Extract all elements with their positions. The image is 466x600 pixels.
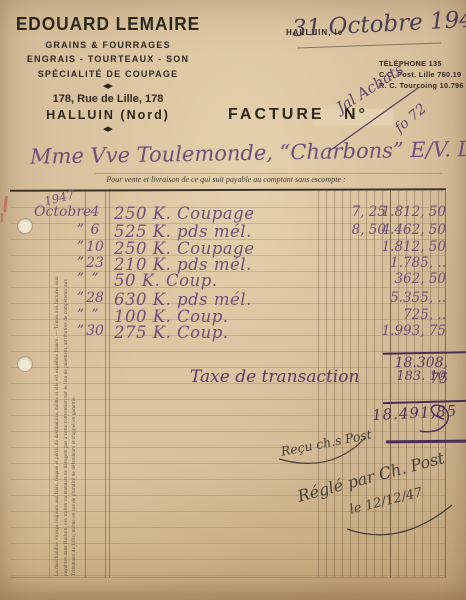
company-activity-3: SPÉCIALITÉ DE COUPAGE — [10, 69, 206, 79]
ledger-row: ” 30 275 K. Coup. 1.993, 75 — [0, 323, 466, 343]
company-name: EDOUARD LEMAIRE — [14, 14, 202, 35]
diamond-ornament-icon: ◆ — [0, 125, 294, 133]
company-city: HALLUIN (Nord) — [10, 108, 206, 122]
ledger-desc: 250 K. Coupage — [114, 204, 254, 223]
ledger-month: Octobre — [34, 204, 84, 220]
folio-annotation: fo 72 — [392, 101, 430, 136]
ledger-amount: 1.785, .. — [378, 255, 446, 271]
ledger-month: ” — [34, 271, 84, 287]
ledger-row: ” ” 50 K. Coup. 362, 50 — [0, 271, 466, 291]
diamond-ornament-icon: ◆ — [0, 82, 294, 90]
ledger-day: 6 — [84, 222, 106, 238]
customer-name: Mme Vve Toulemonde, “Charbons” E/V. Doi — [30, 137, 460, 169]
ledger-unit-price: 8, 50 — [326, 222, 386, 238]
ledger-month: ” — [34, 290, 84, 306]
tax-label: Taxe de transaction — [190, 367, 359, 387]
ledger-desc: 275 K. Coup. — [114, 323, 229, 342]
date-rule-line — [297, 42, 441, 48]
company-activity-2: ENGRAIS - TOURTEAUX - SON — [10, 54, 206, 64]
ledger-amount: 362, 50 — [378, 271, 446, 287]
ledger-month: ” — [34, 239, 84, 255]
total-rule-bottom — [386, 440, 466, 443]
ledger-day: 23 — [84, 255, 106, 271]
ledger-unit-price: 7, 25 — [326, 204, 386, 220]
ledger-day: 28 — [84, 290, 106, 306]
ledger-day: 4 — [84, 204, 106, 220]
ledger-month: ” — [34, 222, 84, 238]
ledger-day: 10 — [84, 239, 106, 255]
ledger-row: Octobre 4 250 K. Coupage 7, 25 1.812, 50 — [0, 204, 466, 224]
terms-line: Pour vente et livraison de ce qui suit p… — [70, 175, 382, 184]
punch-hole — [18, 357, 32, 371]
ledger-month: ” — [34, 255, 84, 271]
ledger-amount: 725, .. — [378, 307, 446, 323]
invoice-document: EDOUARD LEMAIRE GRAINS & FOURRAGES ENGRA… — [0, 0, 466, 600]
tax-amount: 183. 10 — [394, 369, 446, 384]
ledger-month: ” — [34, 307, 84, 323]
handwritten-date: 31 Octobre 1947 — [291, 6, 466, 42]
company-activity-1: GRAINS & FOURRAGES — [10, 40, 206, 50]
company-address: 178, Rue de Lille, 178 — [10, 93, 206, 105]
ledger-month: ” — [34, 323, 84, 339]
ledger-day: 30 — [84, 323, 106, 339]
ledger-amount: 4.462, 50 — [378, 222, 446, 238]
customer-rule-line — [95, 173, 442, 174]
ledger-desc: 50 K. Coup. — [114, 271, 218, 290]
ledger-amount: 1.812, 50 — [378, 239, 446, 255]
ledger-amount: 5.355, .. — [378, 290, 446, 306]
table-bottom-rule — [10, 577, 446, 578]
ledger-amount: 1.812, 50 — [378, 204, 446, 220]
ledger-day: ” — [84, 271, 106, 287]
ledger-amount: 1.993, 75 — [378, 323, 446, 339]
letterhead: EDOUARD LEMAIRE GRAINS & FOURRAGES ENGRA… — [10, 14, 206, 133]
ledger-day: ” — [84, 307, 106, 323]
